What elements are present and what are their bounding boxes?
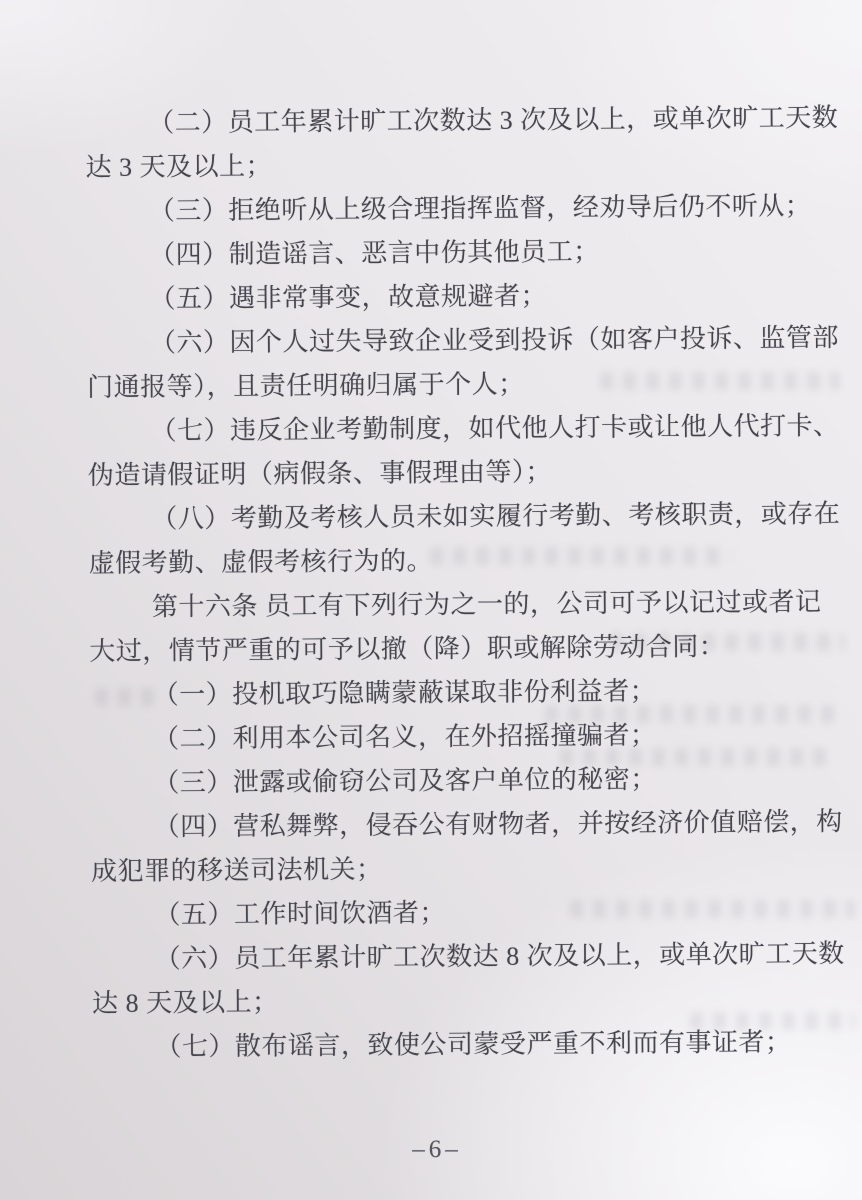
- text-line: 大过，情节严重的可予以撤（降）职或解除劳动合同：: [89, 624, 804, 674]
- text-line: 虚假考勤、虚假考核行为的。: [88, 536, 803, 586]
- text-line: （三）拒绝听从上级合理指挥监督，经劝导后仍不听从；: [86, 184, 801, 234]
- text-line: （五）遇非常事变，故意规避者；: [86, 272, 801, 322]
- text-line: （四）制造谣言、恶言中伤其他员工；: [86, 228, 801, 278]
- document-body: （二）员工年累计旷工次数达 3 次及以上，或单次旷工天数达 3 天及以上；（三）…: [85, 96, 808, 1070]
- text-line: （四）营私舞弊，侵吞公有财物者，并按经济价值赔偿，构: [91, 800, 806, 850]
- text-line: （三）泄露或偷窃公司及客户单位的秘密；: [90, 756, 805, 806]
- text-line: （七）违反企业考勤制度，如代他人打卡或让他人代打卡、: [87, 404, 802, 454]
- text-line: （一）投机取巧隐瞒蒙蔽谋取非份利益者；: [89, 668, 804, 718]
- text-line: 第十六条 员工有下列行为之一的，公司可予以记过或者记: [89, 580, 804, 630]
- scanned-document-page: （二）员工年累计旷工次数达 3 次及以上，或单次旷工天数达 3 天及以上；（三）…: [0, 0, 862, 1200]
- text-line: 成犯罪的移送司法机关；: [91, 844, 806, 894]
- text-line: （二）利用本公司名义，在外招摇撞骗者；: [90, 712, 805, 762]
- text-line: （六）员工年累计旷工次数达 8 次及以上，或单次旷工天数: [92, 932, 807, 982]
- text-line: 达 3 天及以上；: [85, 140, 800, 190]
- text-line: 门通报等），且责任明确归属于个人；: [87, 360, 802, 410]
- text-line: 达 8 天及以上；: [92, 976, 807, 1026]
- text-line: （七）散布谣言，致使公司蒙受严重不利而有事证者；: [92, 1020, 807, 1070]
- text-line: 伪造请假证明（病假条、事假理由等）；: [88, 448, 803, 498]
- page-number: –6–: [0, 1136, 862, 1164]
- text-line: （八）考勤及考核人员未如实履行考勤、考核职责，或存在: [88, 492, 803, 542]
- text-line: （二）员工年累计旷工次数达 3 次及以上，或单次旷工天数: [85, 96, 800, 146]
- text-line: （六）因个人过失导致企业受到投诉（如客户投诉、监管部: [87, 316, 802, 366]
- text-line: （五）工作时间饮酒者；: [91, 888, 806, 938]
